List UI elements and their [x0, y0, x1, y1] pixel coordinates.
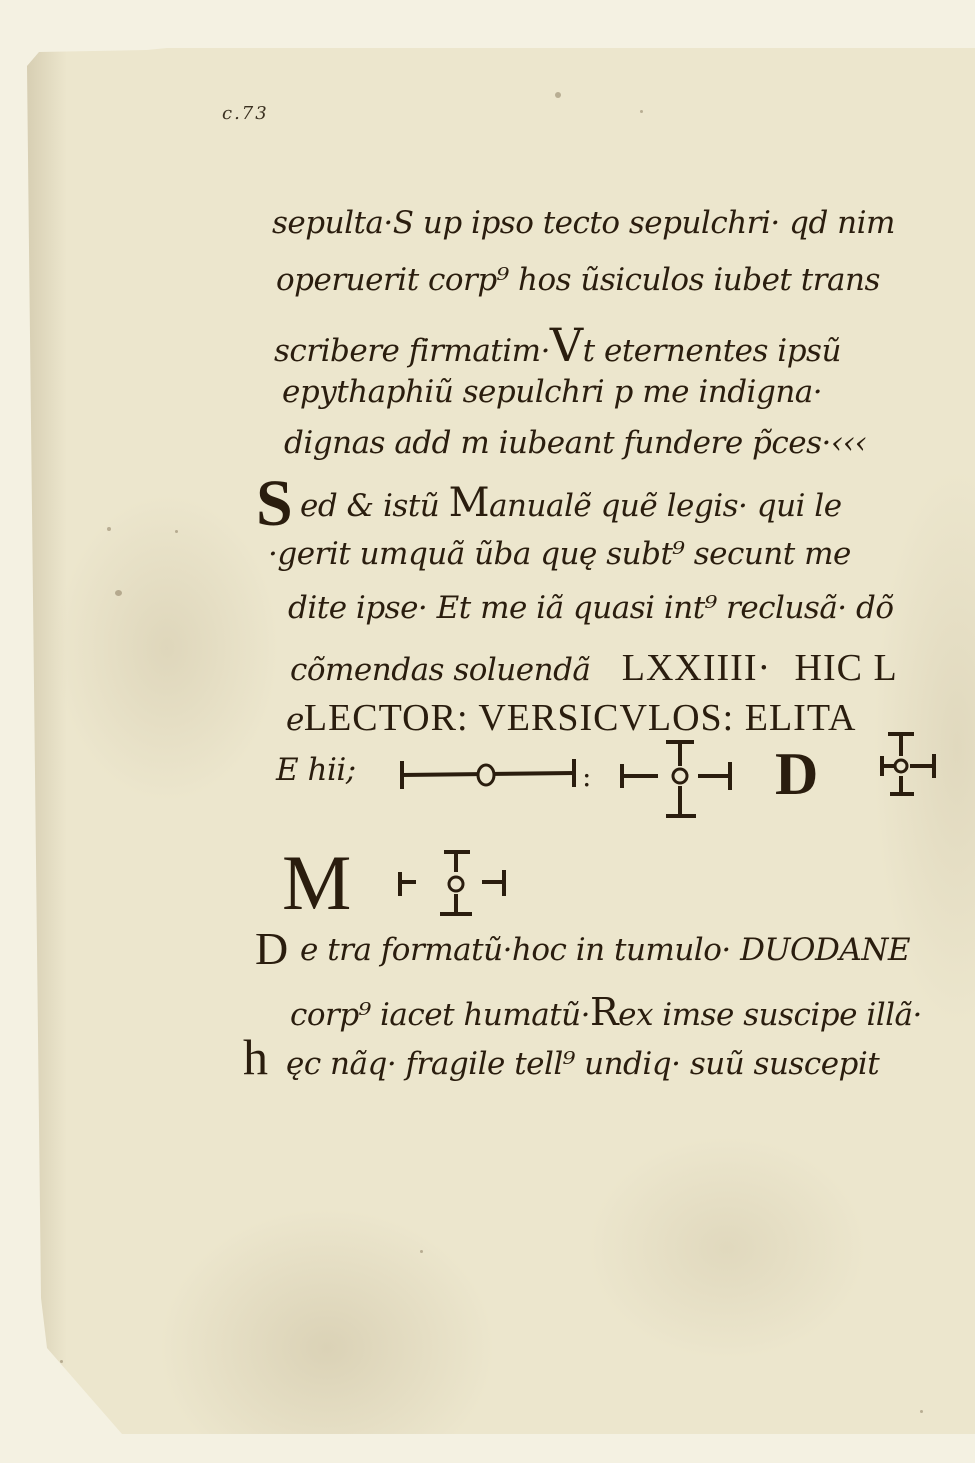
- colon-mark: :: [582, 760, 591, 793]
- initial-D: D: [255, 922, 288, 975]
- text-line-8: dite ipse· Et me iã quasi int⁹ reclusã· …: [288, 590, 894, 626]
- text-line-3: scribere firmatim·Vt eternentes ipsũ: [274, 318, 841, 372]
- text-line-6: ed & istũ Manualẽ quẽ legis· qui le: [300, 480, 842, 526]
- initial-S: S: [256, 466, 293, 542]
- cross-ornament-icon: [858, 730, 938, 802]
- text-line-4: epythaphiũ sepulchri p me indigna·: [282, 374, 822, 410]
- text-line-5: dignas add m iubeant fundere p̃ces·‹‹‹: [284, 425, 867, 461]
- capital-D: D: [775, 740, 818, 809]
- text-line-1: sepulta·S up ipso tecto sepulchri· qd ni…: [272, 205, 895, 241]
- horizontal-bar-ornament-icon: [398, 755, 578, 795]
- initial-h: h: [243, 1028, 268, 1086]
- text-line-10: eLECTOR: VERSICVLOS: ELITA: [286, 696, 856, 740]
- cross-ornament-icon: [618, 738, 738, 820]
- text-line-15: ęc nãq· fragile tell⁹ undiq· suũ suscepi…: [286, 1046, 879, 1082]
- text-line-9: cõmendas soluendã LXXIIII· hic L: [290, 646, 898, 690]
- text-line-14: corp⁹ iacet humatũ·Rex imse suscipe illã…: [290, 990, 922, 1034]
- text-line-13: e tra formatũ·hoc in tumulo· DUODANE: [300, 932, 910, 968]
- parchment-page: [27, 48, 975, 1434]
- text-line-11: E hii;: [276, 752, 356, 788]
- capital-M: M: [282, 838, 351, 928]
- folio-number: c.73: [222, 103, 269, 124]
- cross-ornament-icon: [396, 846, 512, 924]
- text-line-7: ·gerit umquã ũba quę subt⁹ secunt me: [268, 536, 851, 572]
- text-line-2: operuerit corp⁹ hos ũsiculos iubet trans: [276, 262, 880, 298]
